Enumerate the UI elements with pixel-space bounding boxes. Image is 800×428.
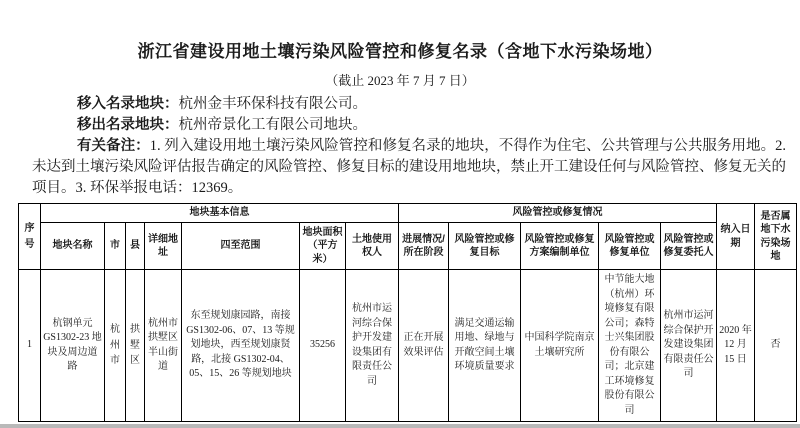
header-boundary: 四至范围 — [182, 223, 300, 270]
cell-client: 杭州市运河综合保护开发建设集团有限责任公司 — [661, 270, 717, 422]
header-client: 风险管控或修复委托人 — [661, 223, 717, 270]
cell-groundwater: 否 — [755, 270, 797, 422]
cell-county: 拱墅区 — [126, 270, 145, 422]
header-groundwater: 是否属地下水污染场地 — [755, 204, 797, 270]
header-owner: 土地使用权人 — [346, 223, 399, 270]
header-address: 详细地址 — [145, 223, 182, 270]
cell-progress: 正在开展效果评估 — [399, 270, 449, 422]
records-table: 序号 地块基本信息 风险管控或修复情况 纳入日期 是否属地下水污染场地 地块名称… — [18, 203, 797, 422]
header-progress: 进展情况/所在阶段 — [399, 223, 449, 270]
remarks-paragraph: 有关备注：1. 列入建设用地土壤污染风险管控和修复名录的地块，不得作为住宅、公共… — [32, 136, 786, 199]
moved-out-text: 杭州帝景化工有限公司地块。 — [179, 117, 368, 133]
moved-in-label: 移入名录地块： — [77, 96, 179, 112]
cell-plan-unit: 中国科学院南京土壤研究所 — [521, 270, 599, 422]
header-group-basic-info: 地块基本信息 — [41, 204, 399, 223]
cell-name: 杭钢单元 GS1302-23 地块及周边道路 — [41, 270, 105, 422]
moved-in-text: 杭州金丰环保科技有限公司。 — [179, 96, 368, 112]
header-county: 县 — [126, 223, 145, 270]
header-date: 纳入日期 — [717, 204, 755, 270]
page-title: 浙江省建设用地土壤污染风险管控和修复名录（含地下水污染场地） — [0, 40, 800, 63]
header-group-risk: 风险管控或修复情况 — [399, 204, 717, 223]
moved-in-line: 移入名录地块：杭州金丰环保科技有限公司。 — [32, 94, 786, 115]
cell-owner: 杭州市运河综合保护开发建设集团有限责任公司 — [346, 270, 399, 422]
cell-seq: 1 — [19, 270, 41, 422]
document-page: 浙江省建设用地土壤污染风险管控和修复名录（含地下水污染场地） （截止 2023 … — [0, 0, 800, 428]
header-seq: 序号 — [19, 204, 41, 270]
moved-out-line: 移出名录地块：杭州帝景化工有限公司地块。 — [32, 115, 786, 136]
header-area: 地块面积（平方米） — [300, 223, 346, 270]
cell-repair-unit: 中节能大地（杭州）环境修复有限公司；森特士兴集团股份有限公司；北京建工环境修复股… — [599, 270, 661, 422]
intro-section: 移入名录地块：杭州金丰环保科技有限公司。 移出名录地块：杭州帝景化工有限公司地块… — [32, 94, 786, 199]
header-repair-unit: 风险管控或修复单位 — [599, 223, 661, 270]
header-name: 地块名称 — [41, 223, 105, 270]
moved-out-label: 移出名录地块： — [77, 117, 179, 133]
page-bottom-shadow — [0, 424, 800, 428]
cell-boundary: 东至规划康园路，南接 GS1302-06、07、13 等规划地块，西至规划康贤路… — [182, 270, 300, 422]
remarks-label: 有关备注： — [77, 138, 150, 154]
table-row: 1 杭钢单元 GS1302-23 地块及周边道路 杭州市 拱墅区 杭州市拱墅区半… — [19, 270, 797, 422]
header-plan-unit: 风险管控或修复方案编制单位 — [521, 223, 599, 270]
cell-target: 满足交通运输用地、绿地与开敞空间土壤环境质量要求 — [449, 270, 521, 422]
cell-city: 杭州市 — [105, 270, 126, 422]
cell-date: 2020 年 12 月 15 日 — [717, 270, 755, 422]
header-target: 风险管控或修复目标 — [449, 223, 521, 270]
header-city: 市 — [105, 223, 126, 270]
cell-address: 杭州市拱墅区半山街道 — [145, 270, 182, 422]
page-subtitle: （截止 2023 年 7 月 7 日） — [0, 72, 800, 90]
cell-area: 35256 — [300, 270, 346, 422]
